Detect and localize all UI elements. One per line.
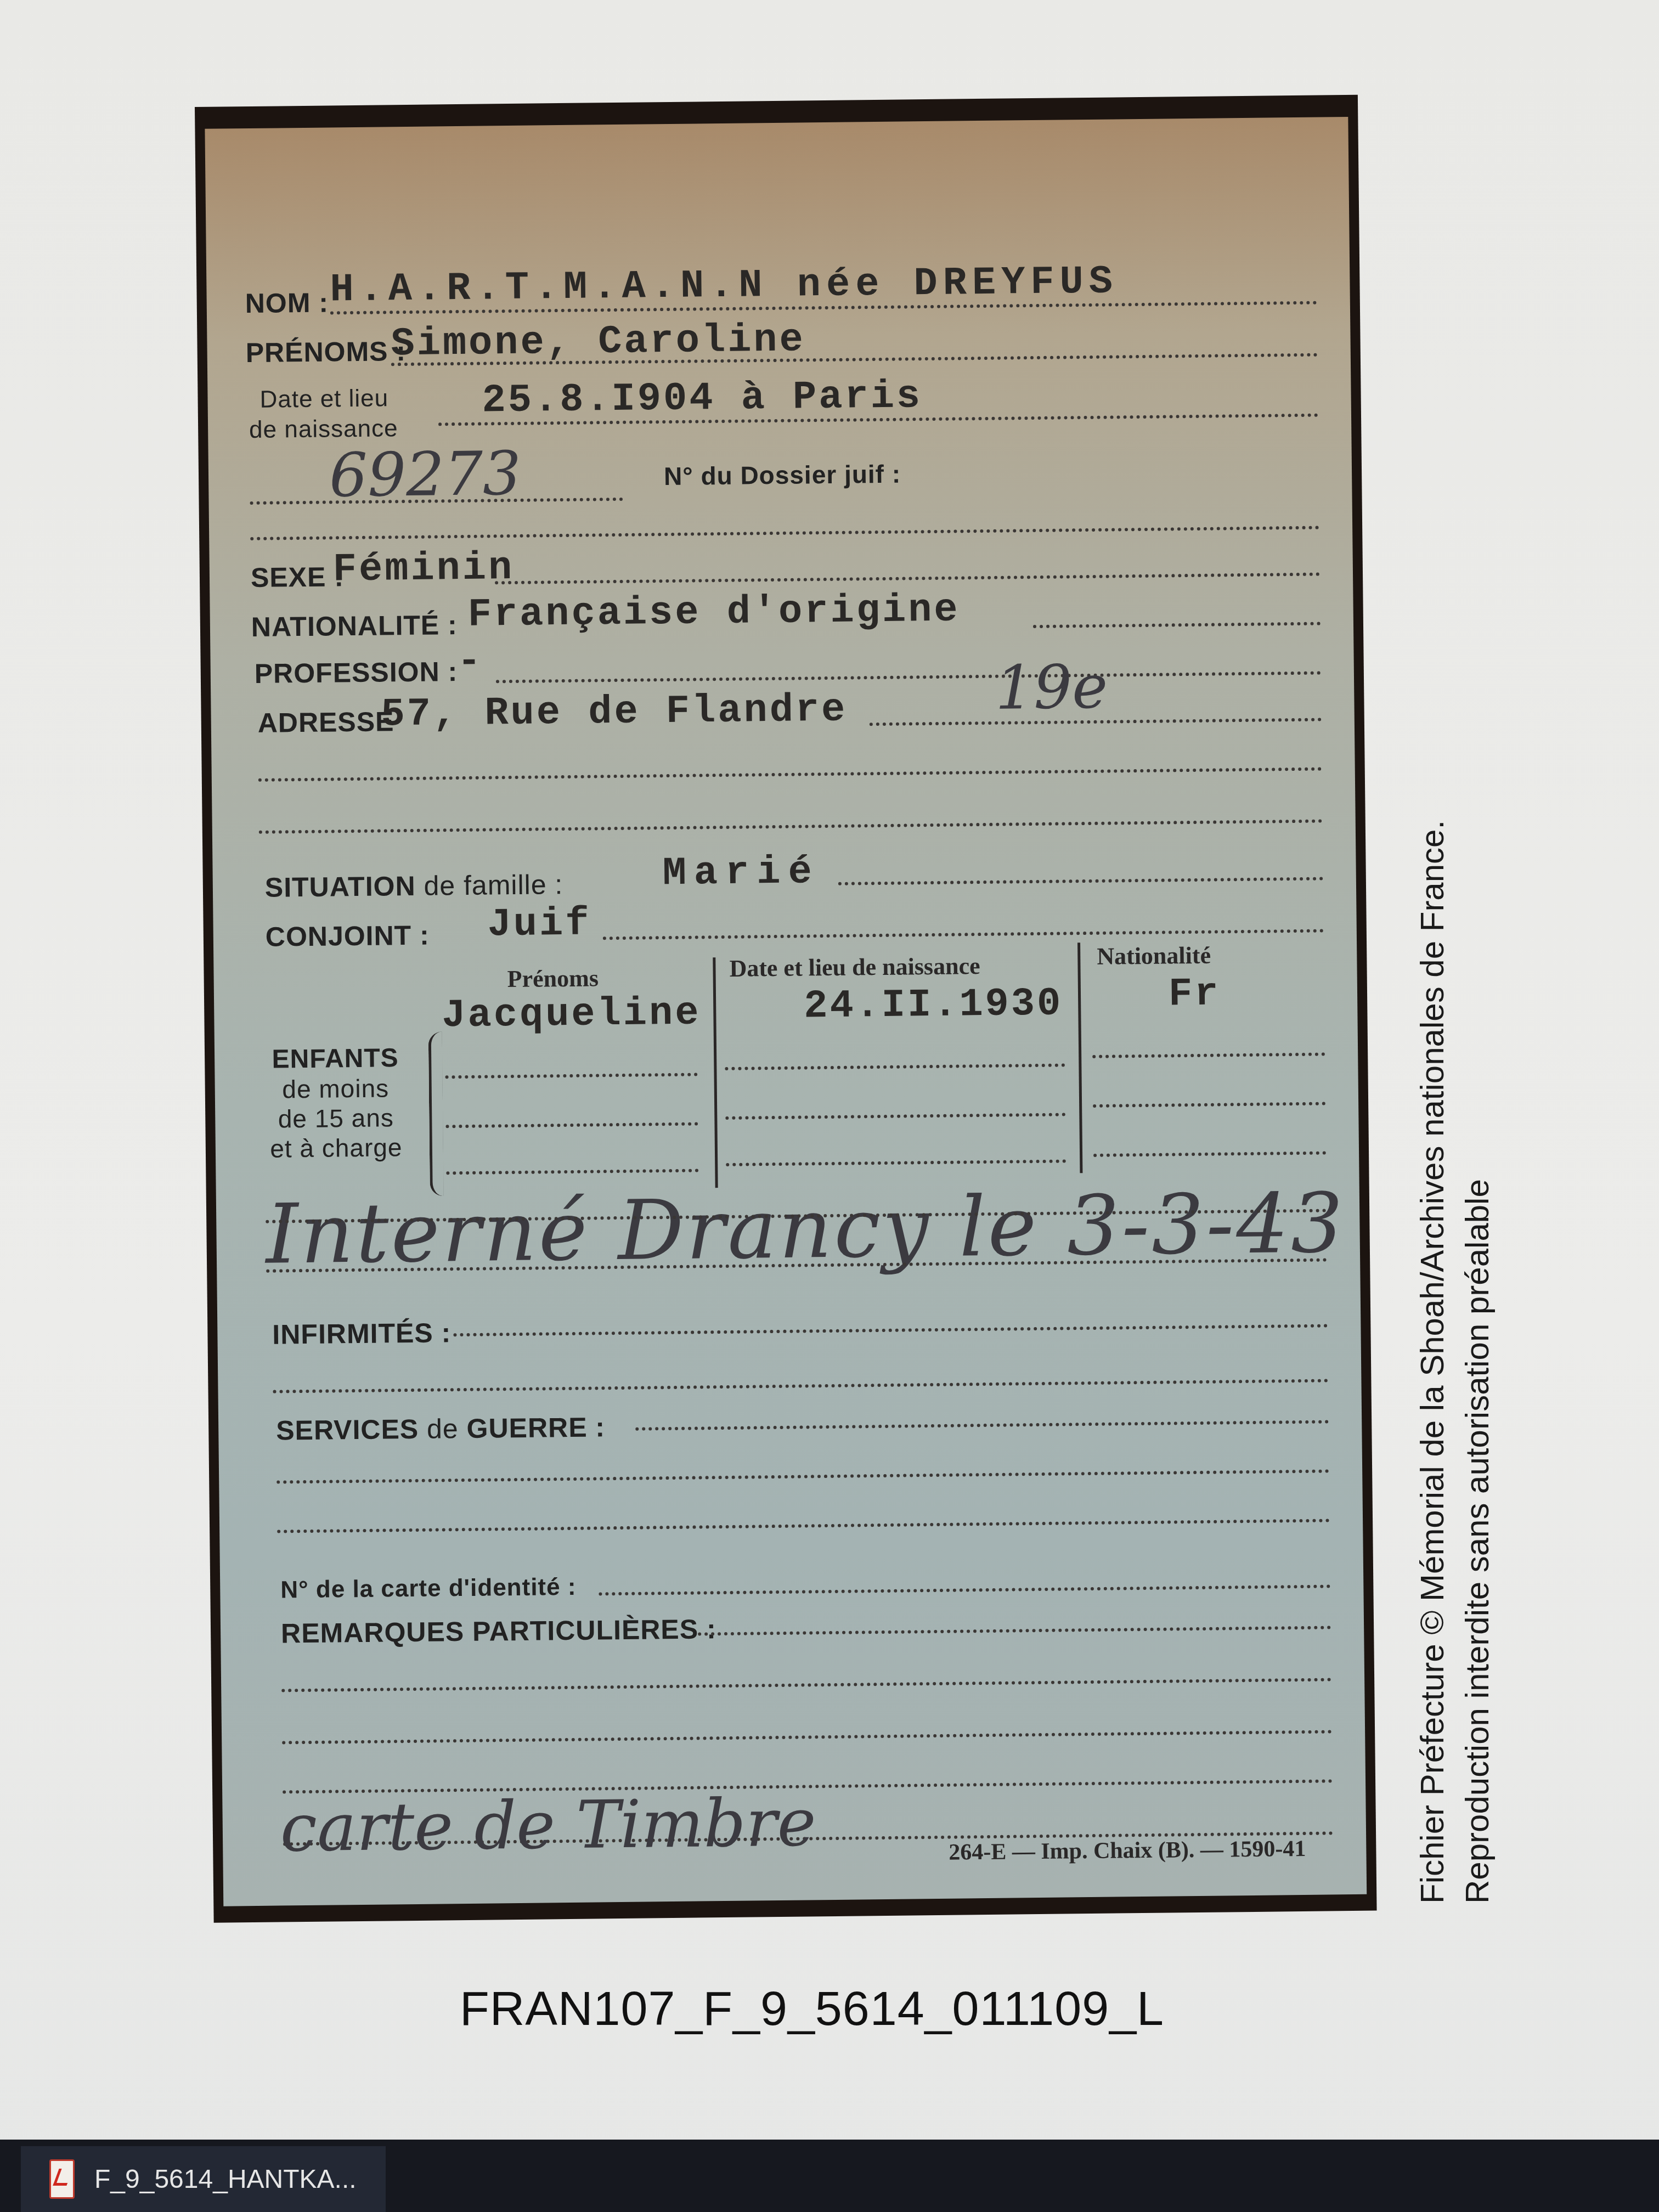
services-guerre-label: SERVICES de GUERRE : (276, 1411, 605, 1446)
document-viewer: NOM : H.A.R.T.M.A.N.N née DREYFUS PRÉNOM… (0, 0, 1659, 2140)
enfants-label: ENFANTS de moins de 15 ans et à charge (247, 1043, 424, 1164)
prenoms-label: PRÉNOMS : (245, 335, 406, 369)
naissance-label-1: Date et lieu (259, 385, 388, 413)
infirmites-dotted-line-2 (273, 1379, 1328, 1393)
carte-identite-label: N° de la carte d'identité : (280, 1573, 577, 1604)
enfants-dotted-3c (1093, 1152, 1326, 1157)
enfants-label-line2: de moins (247, 1073, 424, 1104)
remarques-handwritten-note: carte de Timbre (280, 1785, 816, 1866)
enfants-label-line4: et à charge (249, 1132, 425, 1164)
dossier-dotted-line-2 (250, 526, 1319, 540)
enfants-col-prenoms: Prénoms (507, 964, 599, 993)
enfants-brace (428, 1031, 444, 1196)
enfant-date: 24.II.1930 (804, 981, 1063, 1029)
enfants-label-line1: ENFANTS (247, 1043, 424, 1075)
enfants-dotted-1a (445, 1073, 698, 1079)
conjoint-dotted-line (603, 929, 1324, 940)
infirmites-dotted-line (453, 1324, 1328, 1336)
nationalite-value: Française d'origine (467, 587, 960, 637)
card-frame: NOM : H.A.R.T.M.A.N.N née DREYFUS PRÉNOM… (195, 95, 1377, 1923)
services-dotted-line-2 (276, 1469, 1329, 1483)
enfants-dotted-2c (1093, 1102, 1325, 1108)
enfants-dotted-3b (726, 1159, 1066, 1166)
enfant-prenom: Jacqueline (442, 990, 701, 1038)
profession-label: PROFESSION : (255, 656, 458, 690)
enfants-col-nationalite: Nationalité (1097, 941, 1211, 970)
adresse-arrondissement-note: 19e (995, 652, 1108, 723)
services-label-mid: de (427, 1413, 459, 1444)
enfants-label-line3: de 15 ans (248, 1103, 424, 1134)
adresse-dotted-line-3 (259, 820, 1323, 834)
nationalite-label: NATIONALITÉ : (251, 609, 458, 643)
nationalite-dotted-line (1033, 622, 1321, 628)
conjoint-value: Juif (487, 901, 591, 947)
carte-identite-dotted-line (599, 1584, 1330, 1595)
dossier-juif-label: N° du Dossier juif : (664, 459, 901, 492)
sexe-label: SEXE : (251, 561, 345, 594)
printer-footer: 264-E — Imp. Chaix (B). — 1590-41 (949, 1836, 1306, 1866)
profession-dotted-line (496, 672, 1321, 684)
services-dotted-line (635, 1420, 1329, 1430)
enfants-dotted-3a (446, 1169, 698, 1175)
naissance-value: 25.8.I904 à Paris (482, 374, 922, 423)
enfant-nationalite: Fr (1169, 972, 1221, 1017)
adresse-label: ADRESSE (257, 706, 394, 739)
enfants-column-divider-1 (713, 957, 718, 1188)
remarques-dotted-line-3 (282, 1730, 1332, 1744)
copyright-line-2: Reproduction interdite sans autorisation… (1455, 820, 1500, 1904)
taskbar: F_9_5614_HANTKA... (0, 2140, 1659, 2212)
remarques-label: REMARQUES PARTICULIÈRES : (281, 1613, 716, 1649)
pdf-file-icon (49, 2159, 75, 2199)
services-label-bold: SERVICES (276, 1414, 419, 1446)
situation-label-rest: de famille : (424, 869, 563, 901)
copyright-line-1: Fichier Préfecture © Mémorial de la Shoa… (1410, 820, 1455, 1904)
enfants-row: Jacqueline 24.II.1930 Fr (205, 117, 1348, 129)
adresse-value: 57, Rue de Flandre (381, 687, 848, 737)
situation-label-bold: SITUATION (265, 871, 416, 903)
profession-value: - (457, 639, 483, 684)
enfants-column-divider-2 (1077, 943, 1082, 1173)
sexe-dotted-line (495, 573, 1320, 585)
services-label-bold2: GUERRE : (466, 1412, 605, 1444)
remarques-dotted-line-2 (281, 1678, 1331, 1692)
enfants-dotted-2a (445, 1122, 698, 1128)
situation-label: SITUATION de famille : (265, 868, 563, 904)
conjoint-label: CONJOINT : (266, 919, 430, 953)
enfants-dotted-1b (725, 1063, 1065, 1070)
taskbar-item-pdf[interactable]: F_9_5614_HANTKA... (21, 2146, 386, 2212)
file-caption: FRAN107_F_9_5614_011109_L (0, 1980, 1624, 2036)
infirmites-label: INFIRMITÉS : (272, 1317, 451, 1350)
index-card: NOM : H.A.R.T.M.A.N.N née DREYFUS PRÉNOM… (205, 117, 1367, 1906)
copyright-credit: Fichier Préfecture © Mémorial de la Shoa… (1410, 820, 1500, 1904)
enfants-col-date: Date et lieu de naissance (729, 952, 980, 983)
nom-label: NOM : (245, 286, 329, 319)
services-dotted-line-3 (277, 1519, 1330, 1533)
situation-dotted-line (838, 877, 1323, 885)
situation-value: Marié (662, 849, 820, 896)
remarques-dotted-line (698, 1626, 1331, 1635)
taskbar-item-label: F_9_5614_HANTKA... (94, 2164, 357, 2194)
adresse-dotted-line-2 (258, 768, 1322, 782)
enfants-dotted-1c (1092, 1053, 1325, 1058)
enfants-dotted-2b (725, 1113, 1065, 1119)
sexe-value: Féminin (332, 545, 514, 592)
